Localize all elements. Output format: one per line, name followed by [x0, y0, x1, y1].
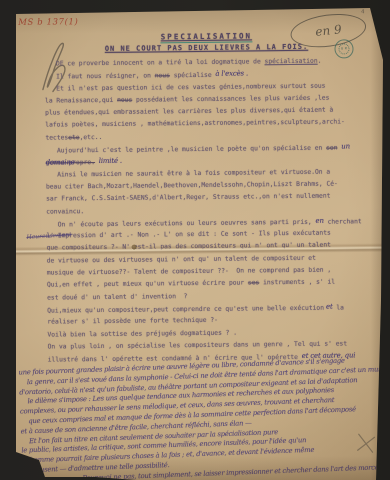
document-subtitle: ON NE COURT PAS DEUX LIEVRES A LA FOIS.	[44, 42, 368, 53]
typed-segment: sar Franck, C.S.Saint-SAENS,d'Albert,Reg…	[46, 193, 330, 203]
typed-segment: musique de virtuose??- Talent de composi…	[47, 267, 331, 277]
typed-segment: est doué d' un talent d' invention ?	[47, 293, 187, 301]
typed-segment: DE ce proverbe innocent on a tiré la loi…	[45, 58, 265, 67]
typed-segment: spécialise	[170, 72, 216, 79]
typed-segment: ete	[68, 134, 79, 141]
typed-segment: réaliser s' il possède une forte techniq…	[47, 317, 218, 326]
typed-segment: On va plus loin , on spécialise les comp…	[48, 340, 348, 350]
typed-segment: beau citer Bach,Mozart,Haendel,Beethoven…	[46, 180, 338, 190]
typed-segment: à l'excès .	[215, 70, 248, 78]
document-title-text: SPECIALISATION	[161, 31, 252, 43]
photo-background: MS b 137(1) 4 en 9 B M SPECIALISATION ON…	[0, 0, 390, 480]
typed-segment: Qui,en effet , peut mieux qu'un virtuose…	[47, 280, 248, 289]
typed-segment: Voilà bien la sottise des préjugés dogma…	[47, 329, 237, 338]
typed-segment: On n' écoute pas leurs exécutions ou leu…	[46, 219, 315, 229]
typed-segment: nous	[155, 73, 170, 80]
typed-segment: convaincu.	[46, 208, 84, 215]
typed-segment: possédaient les connaissances les plus v…	[132, 94, 329, 103]
typed-text-block: DE ce proverbe innocent on a tiré la loi…	[45, 55, 378, 366]
typed-segment: Qui,mieux qu'un compositeur,peut compren…	[47, 305, 324, 315]
typed-segment: nous	[117, 97, 132, 104]
typed-segment: son	[326, 145, 337, 152]
typed-segment: Ainsi le musicien ne saurait être à la f…	[46, 168, 330, 178]
page-content: MS b 137(1) 4 en 9 B M SPECIALISATION ON…	[0, 0, 390, 480]
archive-reference: MS b 137(1)	[18, 17, 78, 28]
handwritten-text-block: une fois pourront grandes plaisir à écri…	[18, 355, 378, 480]
typed-segment: Et il n'est pas question ici de ces vast…	[45, 82, 326, 92]
typed-segment: Il faut nous résigner, on	[45, 73, 155, 81]
typed-segment: l' Impression d' art .- Non .- L' on se …	[46, 230, 330, 240]
typed-segment: cherchant	[324, 218, 362, 225]
typed-segment: plus étendues,qui embrassaient les carri…	[45, 107, 333, 117]
typed-segment: ses	[248, 280, 259, 287]
typed-segment: la Renaissance,qui	[45, 97, 117, 105]
typed-segment: tectes	[45, 134, 68, 141]
manuscript-page: MS b 137(1) 4 en 9 B M SPECIALISATION ON…	[0, 0, 390, 480]
typed-segment: spécialisation	[264, 58, 317, 66]
typed-segment: Aujourd'hui c'est le peintre ,le musicie…	[46, 145, 327, 155]
typed-segment: la	[333, 304, 344, 311]
typed-segment: lafois poètes, musiciens , mathématicien…	[45, 119, 345, 129]
typed-segment: instruments , s' il	[259, 279, 335, 287]
typed-segment: ,etc..	[80, 134, 103, 141]
page-number: 4	[361, 9, 364, 15]
typed-segment: en	[315, 217, 323, 225]
typed-segment: de virtuose ou des virtuoses qui n' ont …	[47, 254, 316, 264]
typed-segment: limité .	[99, 157, 122, 165]
paper-hole	[132, 245, 137, 250]
typed-segment: .	[318, 58, 322, 65]
pencil-x-mark-icon	[353, 431, 378, 456]
typed-segment: et	[324, 303, 333, 311]
